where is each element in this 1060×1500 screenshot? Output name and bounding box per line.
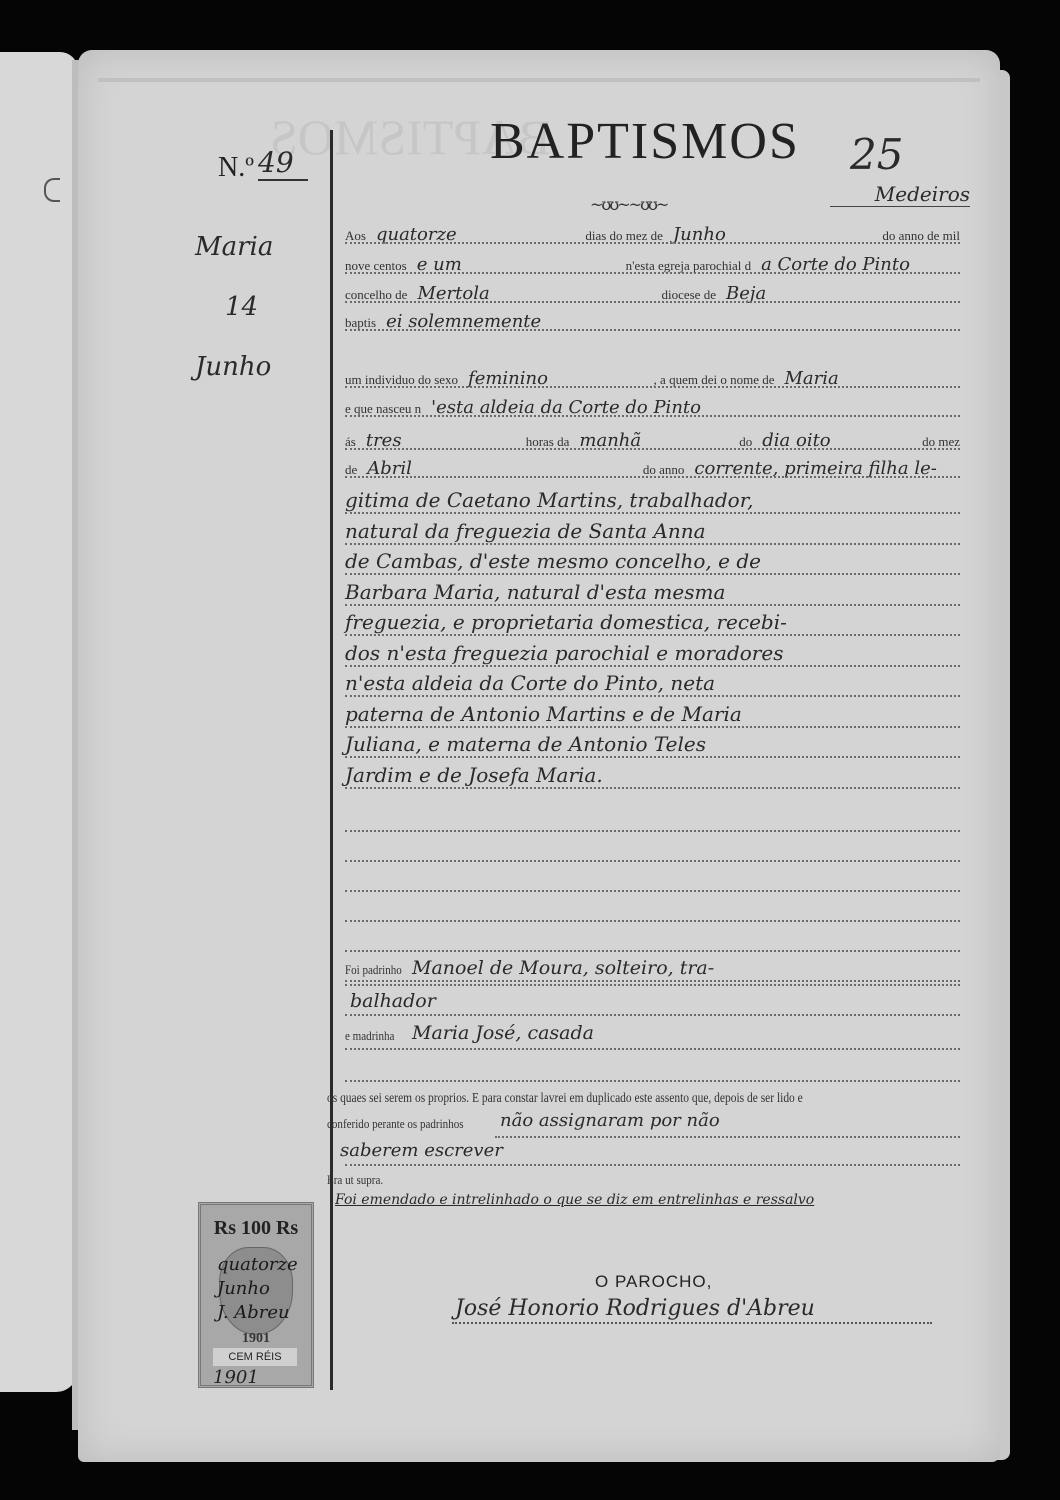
priest-signature: José Honorio Rodrigues d'Abreu [455,1296,815,1321]
facing-page [0,52,78,1392]
dotted-line [345,476,960,478]
record-body-line: paterna de Antonio Martins e de Maria [345,702,742,726]
margin-rule [330,130,333,1390]
corner-annotation-name: Medeiros [830,182,970,207]
dotted-line [345,890,960,892]
stamp-handwriting: quatorze Junho J. Abreu [217,1253,298,1325]
record-number-label: N.º [218,152,254,184]
dotted-line [345,242,960,244]
godfather-value-cont: balhador [350,990,436,1012]
record-body-line: natural da freguezia de Santa Anna [345,519,706,543]
dotted-line [345,512,960,514]
godfather-label: Foi padrinho [345,962,402,978]
stamp-hw-line: quatorze [217,1253,298,1277]
page-title: BAPTISMOS [490,112,800,171]
record-body-line: gitima de Caetano Martins, trabalhador, [345,488,753,512]
dotted-line [345,1048,960,1050]
margin-note-name: Maria [195,232,273,262]
revenue-stamp: Rs 100 Rs quatorze Junho J. Abreu 1901 C… [198,1202,314,1388]
parocho-label: O PAROCHO, [595,1272,712,1292]
dotted-line [345,329,960,331]
dotted-line [345,860,960,862]
stamp-value-top: Rs 100 Rs [201,1217,311,1240]
dotted-line [345,386,960,388]
dotted-line [345,756,960,758]
record-body-line: n'esta aldeia da Corte do Pinto, neta [345,671,715,695]
dotted-line [495,1136,960,1138]
closing-text-1: os quaes sei serem os proprios. E para c… [327,1090,803,1106]
correction-annotation: Foi emendado e intrelinhado o que se diz… [335,1192,814,1208]
stamp-hw-line: J. Abreu [217,1301,298,1325]
dotted-line [345,634,960,636]
dotted-line [345,787,960,789]
stamp-hw-line: Junho [217,1277,298,1301]
ornament-flourish-icon: ~ʊʊ~~ʊʊ~ [590,195,667,214]
record-body-line: freguezia, e proprietaria domestica, rec… [345,610,787,634]
dotted-line [345,301,960,303]
corner-annotation-number: 25 [850,130,903,179]
dotted-line [345,950,960,952]
godmother-value: Maria José, casada [412,1022,594,1044]
record-body-line: Juliana, e materna de Antonio Teles [345,732,706,756]
dotted-line [345,415,960,417]
dotted-line [345,272,960,274]
record-body-line: dos n'esta freguezia parochial e morador… [345,641,783,665]
godfather-value: Manoel de Moura, solteiro, tra- [412,957,714,979]
godmother-label: e madrinha [345,1028,394,1044]
dotted-line [345,665,960,667]
margin-note-day: 14 [225,292,258,322]
era-ut-supra: Era ut supra. [327,1172,383,1188]
margin-note-month: Junho [195,352,271,382]
dotted-line [345,984,960,986]
dotted-line [345,1014,960,1016]
dotted-line [345,980,960,982]
dotted-line [345,830,960,832]
record-number: 49 [258,146,308,181]
ink-mark [44,178,60,202]
page-edge [98,78,980,82]
dotted-line [345,1164,960,1166]
signature-line [452,1322,932,1324]
stamp-year: 1901 [201,1331,311,1347]
dotted-line [345,726,960,728]
dotted-line [345,920,960,922]
dotted-line [345,543,960,545]
dotted-line [345,695,960,697]
record-body-line: Jardim e de Josefa Maria. [345,763,603,787]
dotted-line [345,1080,960,1082]
stamp-cancel-year: 1901 [213,1367,259,1388]
dotted-line [345,604,960,606]
record-body-line: Barbara Maria, natural d'esta mesma [345,580,725,604]
closing-handwritten-2: saberem escrever [340,1140,503,1161]
closing-text-2: conferido perante os padrinhos [327,1116,464,1132]
record-body-line: de Cambas, d'este mesmo concelho, e de [345,549,761,573]
stamp-value-text: CEM RÉIS [213,1348,297,1366]
closing-handwritten-1: não assignaram por não [500,1110,720,1131]
dotted-line [345,573,960,575]
dotted-line [345,448,960,450]
